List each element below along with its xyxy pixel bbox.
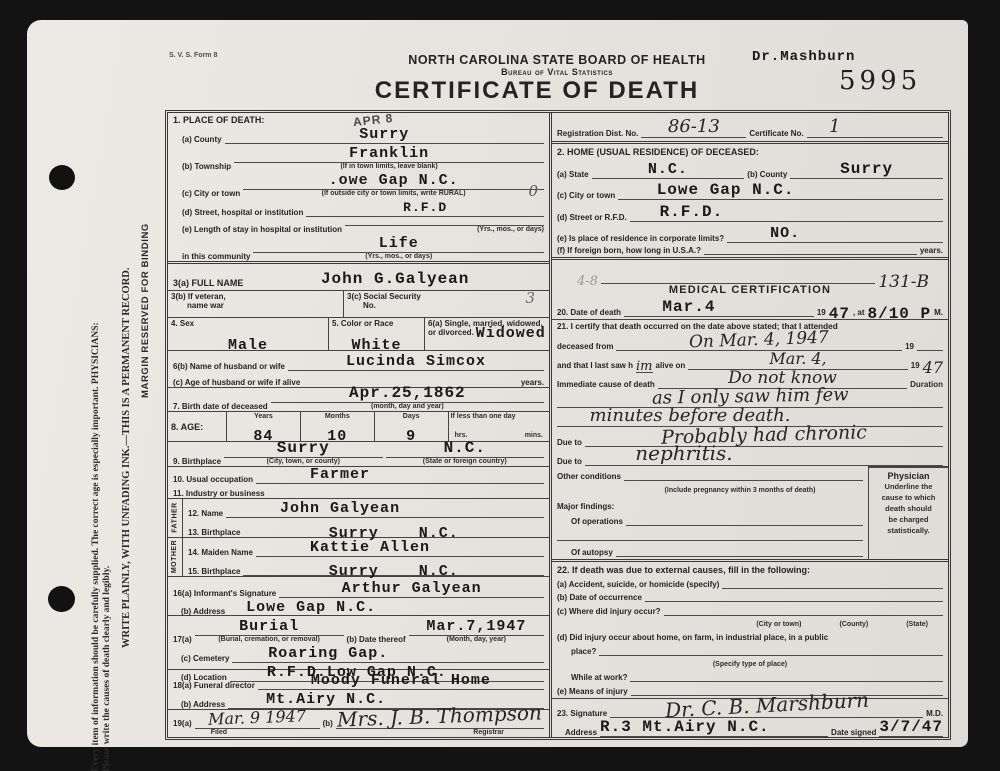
findings-zone: Other conditions (Include pregnancy with… (552, 466, 948, 562)
dod-label: 20. Date of death (557, 308, 621, 317)
race-label: 5. Color or Race (332, 319, 421, 328)
pod-city-value: .owe Gap N.C. (329, 176, 459, 186)
ssn-label: 3(c) Social Security (347, 292, 546, 301)
informant-section: 16(a) Informant's Signature Arthur Galye… (168, 577, 549, 616)
doctor-annotation: Dr.Mashburn (752, 52, 855, 62)
pod-stay-label: (e) Length of stay in hospital or instit… (182, 225, 342, 234)
sex-label: 4. Sex (171, 319, 325, 328)
certificate-form: 1. PLACE OF DEATH: APR 8 (a) County Surr… (165, 110, 951, 740)
physician-address-row: Address R.3 Mt.Airy N.C. Date signed 3/7… (552, 718, 948, 737)
external-d-hint: (Specify type of place) (552, 661, 948, 669)
pod-community-label: in this community (182, 252, 250, 261)
marital-label2: or divorced. (428, 328, 474, 337)
occupation-value: Farmer (310, 470, 370, 480)
certificate-no-label: Certificate No. (749, 129, 803, 138)
home-city-value: Lowe Gap N.C. (657, 185, 795, 195)
pod-township-value: Franklin (349, 149, 429, 159)
last-saw-hand2: Mar. 4, (769, 354, 826, 364)
operations-row: Of operations (552, 517, 868, 526)
disposition-type-value: Burial (239, 622, 299, 632)
home-county-value: Surry (840, 164, 893, 174)
last-saw-row: and that I last saw h im alive on Mar. 4… (552, 351, 948, 370)
father-side-label: FATHER (172, 503, 179, 533)
registration-dist-label: Registration Dist. No. (557, 129, 638, 138)
certificate-stamp-number: 5995 (839, 66, 921, 96)
informant-address-row: (b) Address Lowe Gap N.C. (168, 598, 549, 616)
dod-at-label: , at (853, 308, 865, 317)
parents-section: FATHER MOTHER 12. Name John Galyean 13. … (168, 499, 549, 577)
other-conditions-hint: (Include pregnancy within 3 months of de… (552, 487, 868, 495)
mother-side-label: MOTHER (172, 540, 179, 573)
certificate-no-value: 1 (829, 122, 840, 132)
external-work-row: While at work? (552, 673, 948, 682)
mother-bp-value1: Surry (329, 567, 379, 577)
last-saw-label2: alive on (656, 361, 686, 370)
last-saw-label1: and that I last saw h (557, 361, 633, 370)
cause-hand3: minutes before death. (590, 411, 791, 421)
filing-date-value: Mar. 9 1947 (208, 711, 306, 724)
other-conditions-label: Other conditions (557, 472, 621, 481)
funeral-addr-label: (b) Address (173, 700, 225, 709)
home-corporate-value: NO. (770, 229, 800, 239)
age-row: 8. AGE: Years 84 Months 10 Days 9 (168, 412, 549, 443)
age-days-label: Days (403, 413, 420, 421)
home-foreign-row: (f) If foreign born, how long in U.S.A.?… (552, 246, 948, 255)
registrar-signature: Mrs. J. B. Thompson (337, 707, 542, 724)
dod-value: Mar.4 (662, 302, 715, 312)
margin-note-instructions: Every item of information should be care… (91, 322, 113, 771)
physician-title: Physician (869, 471, 948, 481)
bureau-subtitle: Bureau of Vital Statistics (277, 67, 837, 77)
external-b-label: (b) Date of occurrence (557, 593, 642, 602)
right-column: Registration Dist. No. 86-13 Certificate… (552, 113, 948, 737)
disposition-date-hint: (Month, day, year) (409, 636, 544, 644)
full-name-row: 3(a) FULL NAME John G.Galyean (168, 264, 549, 291)
certify-block: 21. I certify that death occurred on the… (552, 320, 948, 466)
pod-city-label: (c) City or town (182, 189, 240, 198)
margin-note-line1: Every item of information should be care… (91, 322, 101, 771)
home-corporate-row: (e) Is place of residence in corporate l… (552, 224, 948, 243)
autopsy-label: Of autopsy (557, 548, 613, 557)
disposition-date-value: Mar.7,1947 (426, 622, 526, 632)
operations-label: Of operations (557, 517, 623, 526)
filing-label-a: 19(a) (173, 719, 192, 728)
home-state-county-row: (a) State N.C. (b) County Surry (552, 160, 948, 179)
punch-hole-top (49, 165, 75, 190)
home-section: 2. HOME (USUAL RESIDENCE) OF DECEASED: (… (552, 144, 948, 260)
dod-meridiem: M. (934, 308, 943, 317)
immediate-cause-hand1: Do not know (728, 373, 837, 383)
left-column: 1. PLACE OF DEATH: APR 8 (a) County Surr… (168, 113, 552, 737)
findings-blank-row (552, 532, 868, 541)
certificate-title: CERTIFICATE OF DEATH (257, 77, 817, 105)
home-foreign-suffix: years. (920, 246, 943, 255)
industry-row: 11. Industry or business (168, 484, 549, 498)
spouse-row: 6(b) Name of husband or wife Lucinda Sim… (168, 351, 549, 371)
disposition-type-label: 17(a) (173, 635, 192, 644)
veteran-ssn-row: 3(b) If veteran, name war 3(c) Social Se… (168, 291, 549, 318)
home-foreign-label: (f) If foreign born, how long in U.S.A.? (557, 246, 701, 255)
funeral-addr-value: Mt.Airy N.C. (266, 695, 386, 705)
major-findings-label: Major findings: (557, 502, 614, 511)
pod-city-hint: (If outside city or town limits, write R… (243, 190, 544, 198)
filing-filed-hint: Filed (195, 729, 320, 737)
last-saw-year-prefix: 19 (911, 361, 920, 370)
due-to-label1: Due to (557, 438, 582, 447)
attended-from-year: 19 (905, 342, 914, 351)
age-years-label: Years (254, 413, 273, 421)
physician-note-2: cause to which (869, 492, 948, 503)
home-county-label: (b) County (747, 170, 787, 179)
annotation-row: 4-8 131-B (552, 260, 948, 284)
immediate-cause-label: Immediate cause of death (557, 380, 655, 389)
ssn-penciled-note: 3 (525, 293, 535, 303)
informant-sig-value: Arthur Galyean (342, 584, 482, 594)
date-of-death-row: 20. Date of death Mar.4 19 47 , at 8/10 … (552, 298, 948, 320)
duration-label: Duration (910, 380, 943, 389)
birth-date-label: 7. Birth date of deceased (173, 402, 268, 411)
sex-value: Male (228, 341, 268, 351)
registration-dist-value: 86-13 (668, 122, 720, 132)
age-label: 8. AGE: (171, 422, 203, 432)
attended-from-hand: On Mar. 4, 1947 (689, 332, 829, 347)
pod-street-label: (d) Street, hospital or institution (182, 208, 303, 217)
pod-street-penciled-note: 0 (528, 186, 538, 196)
pod-title: 1. PLACE OF DEATH: (173, 115, 264, 125)
father-birthplace-row: 13. Birthplace Surry N.C. (183, 518, 549, 538)
home-street-value: R.F.D. (660, 207, 724, 217)
physician-addr-value: R.3 Mt.Airy N.C. (600, 722, 770, 732)
disposition-section: 17(a) Burial (Burial, cremation, or remo… (168, 616, 549, 670)
physician-sig-label: 23. Signature (557, 709, 607, 718)
filing-label-b: (b) (323, 719, 333, 728)
pod-county-value: Surry (359, 130, 409, 140)
disposition-type-row: 17(a) Burial (Burial, cremation, or remo… (168, 617, 549, 644)
funeral-director-label: 18(a) Funeral director (173, 681, 255, 690)
father-name-row: 12. Name John Galyean (183, 499, 549, 518)
other-conditions-row: Other conditions (552, 472, 868, 481)
pod-community-value: Life (379, 239, 419, 249)
informant-addr-label: (b) Address (173, 607, 225, 616)
external-a-row: (a) Accident, suicide, or homicide (spec… (552, 580, 948, 589)
informant-signature-row: 16(a) Informant's Signature Arthur Galye… (168, 579, 549, 598)
medical-certification-title: MEDICAL CERTIFICATION (552, 284, 948, 298)
external-work-label: While at work? (557, 673, 627, 682)
attended-from-row: deceased from On Mar. 4, 1947 19 (552, 332, 948, 351)
funeral-director-value: Moody Funeral Home (311, 676, 491, 686)
physician-signature-section: 23. Signature Dr. C. B. Marshburn M.D. A… (552, 699, 948, 737)
date-signed-label: Date signed (831, 728, 876, 737)
due-to-label2: Due to (557, 457, 582, 466)
occupation-label: 10. Usual occupation (173, 475, 253, 484)
mother-name-label: 14. Maiden Name (188, 548, 253, 557)
sex-race-marital-row: 4. Sex Male 5. Color or Race White 6(a) … (168, 318, 549, 351)
external-c-hints: (City or town) (County) (State) (552, 621, 948, 629)
home-state-label: (a) State (557, 170, 589, 179)
margin-note-binding: MARGIN RESERVED FOR BINDING (140, 183, 151, 398)
margin-note-line2: Please write the causes of death clearly… (102, 566, 112, 771)
place-of-death-section: 1. PLACE OF DEATH: APR 8 (a) County Surr… (168, 113, 549, 264)
disposition-date-label: (b) Date thereof (347, 635, 406, 644)
external-c-label: (c) Where did injury occur? (557, 607, 661, 616)
funeral-director-row: 18(a) Funeral director Moody Funeral Hom… (168, 671, 549, 690)
pod-township-hint: (If in town limits, leave blank) (234, 163, 544, 171)
external-c-hint3: (State) (906, 621, 928, 629)
birth-date-row: 7. Birth date of deceased Apr.25,1862 (m… (168, 388, 549, 412)
dod-year: 47 (829, 309, 850, 319)
pod-county-label: (a) County (182, 135, 222, 144)
external-a-label: (a) Accident, suicide, or homicide (spec… (557, 580, 719, 589)
spouse-label: 6(b) Name of husband or wife (173, 362, 285, 371)
home-corporate-label: (e) Is place of residence in corporate l… (557, 234, 724, 243)
father-name-value: John Galyean (280, 504, 400, 514)
cause-hand2: as I only saw him few (652, 391, 849, 404)
pod-street-value: R.F.D (403, 203, 447, 213)
due-to-row1: Due to Probably had chronic (552, 428, 948, 447)
home-street-row: (d) Street or R.F.D. R.F.D. (552, 203, 948, 222)
cemetery-label: (c) Cemetery (173, 654, 229, 663)
external-c-hint2: (County) (839, 621, 868, 629)
disposition-type-hint: (Burial, cremation, or removal) (195, 636, 344, 644)
dod-year-prefix: 19 (817, 308, 826, 317)
external-causes-section: 22. If death was due to external causes,… (552, 562, 948, 699)
informant-addr-value: Lowe Gap N.C. (246, 603, 376, 613)
physician-addr-label: Address (557, 728, 597, 737)
physician-note-3: death should (869, 503, 948, 514)
spouse-value: Lucinda Simcox (346, 357, 486, 367)
external-c-row: (c) Where did injury occur? (552, 607, 948, 616)
mother-name-row: 14. Maiden Name Kattie Allen (183, 538, 549, 557)
external-d-label2: place? (557, 647, 596, 656)
birthplace-value2: N.C. (444, 443, 486, 453)
paper-sheet: Every item of information should be care… (27, 20, 968, 747)
mother-bp-label: 15. Birthplace (188, 567, 240, 576)
form-number: S. V. S. Form 8 (169, 52, 217, 59)
physician-signature-value: Dr. C. B. Marshburn (665, 695, 869, 716)
external-b-row: (b) Date of occurrence (552, 593, 948, 602)
mother-birthplace-row: 15. Birthplace Surry N.C. (183, 557, 549, 576)
filing-row: 19(a) Mar. 9 1947 Filed (b) Mrs. J. B. T… (168, 710, 549, 737)
birthplace-row: 9. Birthplace Surry (City, town, or coun… (168, 442, 549, 467)
attended-from-label: deceased from (557, 342, 613, 351)
external-title: 22. If death was due to external causes,… (557, 565, 810, 575)
cemetery-row: (c) Cemetery Roaring Gap. (168, 644, 549, 663)
physician-note-5: statistically. (869, 525, 948, 536)
marital-value: Widowed (476, 329, 546, 339)
autopsy-row: Of autopsy (552, 548, 868, 557)
mother-name-value: Kattie Allen (310, 543, 430, 553)
external-e-label: (e) Means of injury (557, 687, 628, 696)
full-name-label: 3(a) FULL NAME (173, 278, 243, 288)
age-less-label: If less than one day (451, 413, 547, 421)
race-value: White (351, 341, 401, 351)
due-to-hand2: nephritis. (635, 448, 732, 458)
registration-row: Registration Dist. No. 86-13 Certificate… (552, 113, 948, 144)
father-bp-label: 13. Birthplace (188, 528, 240, 537)
pod-stay-hint: (Yrs., mos., or days) (345, 226, 544, 234)
pod-township-label: (b) Township (182, 162, 231, 171)
birth-date-hint: (month, day and year) (271, 403, 544, 411)
birth-date-value: Apr.25,1862 (349, 388, 466, 398)
ssn-label2: No. (347, 301, 546, 310)
occupation-row: 10. Usual occupation Farmer (168, 467, 549, 484)
veteran-label: 3(b) If veteran, (171, 292, 340, 301)
physician-note-4: be charged (869, 514, 948, 525)
informant-sig-label: 16(a) Informant's Signature (173, 589, 276, 598)
dod-time: 8/10 P (868, 309, 932, 319)
date-signed-value: 3/7/47 (879, 722, 943, 732)
due-to-row2: Due to nephritis. (552, 447, 948, 466)
scanned-death-certificate: Every item of information should be care… (0, 0, 1000, 771)
mother-bp-value2: N.C. (419, 567, 459, 577)
home-title: 2. HOME (USUAL RESIDENCE) OF DECEASED: (557, 147, 759, 157)
physician-note-1: Underline the (869, 481, 948, 492)
home-city-label: (c) City or town (557, 191, 615, 200)
birthplace-label: 9. Birthplace (173, 457, 221, 466)
margin-note-write-plainly: WRITE PLAINLY, WITH UNFADING INK.—THIS I… (121, 178, 132, 648)
physician-note-box: Physician Underline the cause to which d… (868, 466, 948, 559)
external-d-row: place? (552, 647, 948, 656)
punch-hole-bottom (48, 586, 75, 612)
external-c-hint1: (City or town) (756, 621, 801, 629)
veteran-label2: name war (171, 301, 340, 310)
physician-signature-row: 23. Signature Dr. C. B. Marshburn M.D. (552, 699, 948, 718)
birthplace-value1: Surry (277, 443, 330, 453)
pod-community-hint: (Yrs., mos., or days) (253, 253, 544, 261)
home-city-row: (c) City or town Lowe Gap N.C. (552, 181, 948, 200)
industry-label: 11. Industry or business (173, 489, 265, 498)
full-name-value: John G.Galyean (321, 274, 469, 284)
home-street-label: (d) Street or R.F.D. (557, 213, 627, 222)
age-months-label: Months (325, 413, 350, 421)
cemetery-value: Roaring Gap. (268, 649, 388, 659)
physician-md-label: M.D. (926, 709, 943, 718)
father-name-label: 12. Name (188, 509, 223, 518)
home-state-value: N.C. (648, 165, 688, 175)
external-d-label1: (d) Did injury occur about home, on farm… (557, 633, 828, 642)
